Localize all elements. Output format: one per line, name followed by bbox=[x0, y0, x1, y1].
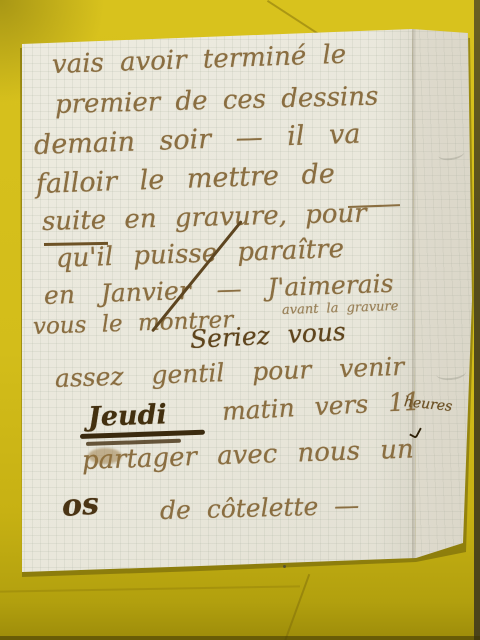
backdrop-crease-bottom-a bbox=[284, 574, 311, 640]
handwritten-line-small: avant la gravure bbox=[282, 300, 399, 317]
photo-of-handwritten-letter: vais avoir terminé le premier de ces des… bbox=[0, 0, 480, 640]
backdrop-bottom-edge-line bbox=[0, 636, 480, 640]
handwritten-line: de côtelette — bbox=[160, 493, 360, 523]
backdrop-crease-bottom-b bbox=[0, 585, 300, 592]
handwritten-line: Seriez vous bbox=[189, 319, 346, 352]
ink-smudge bbox=[88, 448, 122, 464]
paper-edge-speck bbox=[283, 565, 286, 568]
handwritten-word-os: os bbox=[61, 489, 100, 522]
handwritten-word-jeudi: Jeudi bbox=[88, 401, 168, 431]
backdrop-right-edge-stripe bbox=[474, 0, 480, 640]
fold-crease-line bbox=[412, 29, 416, 559]
